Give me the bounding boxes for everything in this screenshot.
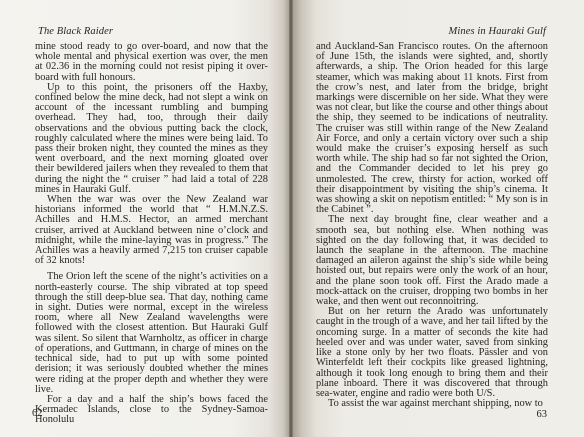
running-head-right: Mines in Hauraki Gulf (449, 26, 546, 37)
paragraph: To assist the war against merchant shipp… (316, 399, 548, 409)
running-head-left: The Black Raider (38, 26, 113, 37)
paragraph: For a day and a half the ship’s bows fac… (35, 395, 268, 426)
book-spread: The Black Raider mine stood ready to go … (0, 0, 584, 437)
paragraph: But on her return the Arado was unfortun… (316, 307, 548, 399)
paragraph: The Orion left the scene of the night’s … (35, 272, 268, 394)
paragraph: and Auckland-San Francisco routes. On th… (316, 42, 548, 215)
page-number-left: 62 (32, 408, 43, 419)
paragraph: mine stood ready to go over-board, and n… (35, 42, 268, 83)
paragraph: When the war was over the New Zealand wa… (35, 195, 268, 266)
left-page: The Black Raider mine stood ready to go … (0, 0, 289, 437)
right-page: Mines in Hauraki Gulf and Auckland-San F… (293, 0, 584, 437)
page-number-right: 63 (537, 409, 548, 420)
right-page-body: and Auckland-San Francisco routes. On th… (316, 42, 548, 409)
paragraph: Up to this point, the prisoners off the … (35, 83, 268, 195)
left-page-body: mine stood ready to go over-board, and n… (35, 42, 268, 426)
paragraph: The next day brought fine, clear weather… (316, 215, 548, 307)
